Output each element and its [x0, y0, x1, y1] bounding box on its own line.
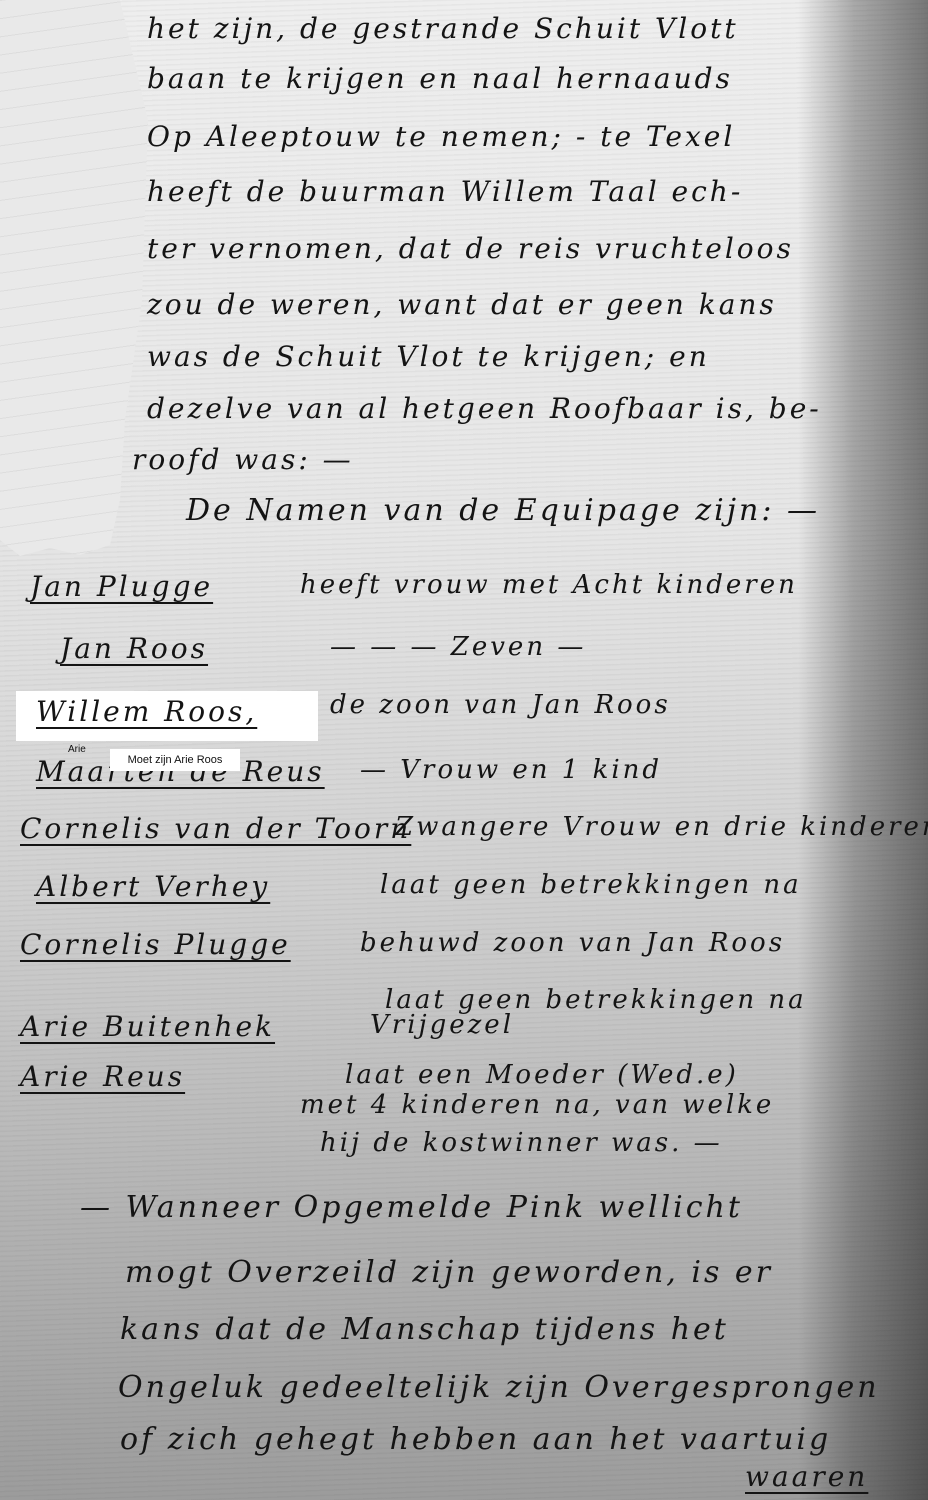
crew-member-name: Cornelis Plugge [20, 928, 291, 961]
handwritten-line: ter vernomen, dat de reis vruchteloos [147, 232, 794, 265]
crew-member-name: Cornelis van der Toorn [20, 812, 411, 845]
handwritten-line: of zich gehegt hebben aan het vaartuig [120, 1422, 831, 1457]
torn-paper-flap [0, 0, 150, 560]
handwritten-line: mogt Overzeild zijn geworden, is er [125, 1255, 773, 1290]
crew-member-note: met 4 kinderen na, van welke [300, 1090, 774, 1120]
handwritten-line: De Namen van de Equipage zijn: — [186, 493, 820, 528]
handwritten-line: — Wanneer Opgemelde Pink wellicht [80, 1190, 743, 1225]
handwritten-line: dezelve van al hetgeen Roofbaar is, be- [147, 392, 822, 425]
crew-member-name: Arie Buitenhek [20, 1010, 275, 1043]
handwritten-line: Ongeluk gedeeltelijk zijn Overgesprongen [118, 1370, 880, 1405]
correction-note: Moet zijn Arie Roos [110, 749, 240, 771]
crew-member-note: Zwangere Vrouw en drie kinderen [395, 812, 928, 842]
handwritten-line: was de Schuit Vlot te krijgen; en [147, 340, 710, 373]
handwritten-line: kans dat de Manschap tijdens het [120, 1312, 729, 1347]
annotation-label-arie: Arie [68, 744, 86, 755]
handwritten-line: zou de weren, want dat er geen kans [147, 288, 777, 321]
crew-member-note: Vrijgezel [370, 1010, 514, 1040]
crew-member-note: — — — Zeven — [330, 632, 586, 662]
crew-member-note: behuwd zoon van Jan Roos [360, 928, 785, 958]
crew-member-note: de zoon van Jan Roos [330, 690, 671, 720]
scanned-letter-page: het zijn, de gestrande Schuit Vlottbaan … [0, 0, 928, 1500]
handwritten-line: baan te krijgen en naal hernaauds [147, 62, 733, 95]
crew-member-note: heeft vrouw met Acht kinderen [300, 570, 798, 600]
crew-member-note: — Vrouw en 1 kind [360, 755, 662, 785]
name-overlay-box: Willem Roos, [16, 691, 318, 741]
handwritten-line: waaren [745, 1460, 868, 1493]
crew-member-note: laat een Moeder (Wed.e) [345, 1060, 739, 1090]
handwritten-line: Op Aleeptouw te nemen; - te Texel [147, 120, 735, 153]
crew-member-name: Arie Reus [20, 1060, 185, 1093]
handwritten-line: roofd was: — [132, 443, 354, 476]
crew-member-name: Jan Roos [60, 632, 208, 665]
crew-member-name: Jan Plugge [30, 570, 213, 603]
crew-member-note: hij de kostwinner was. — [320, 1128, 723, 1158]
crew-member-name: Albert Verhey [36, 870, 270, 903]
crew-member-note: laat geen betrekkingen na [380, 870, 802, 900]
overlay-name-text: Willem Roos, [36, 695, 257, 728]
handwritten-line: heeft de buurman Willem Taal ech- [147, 175, 743, 208]
handwritten-line: het zijn, de gestrande Schuit Vlott [147, 12, 739, 45]
